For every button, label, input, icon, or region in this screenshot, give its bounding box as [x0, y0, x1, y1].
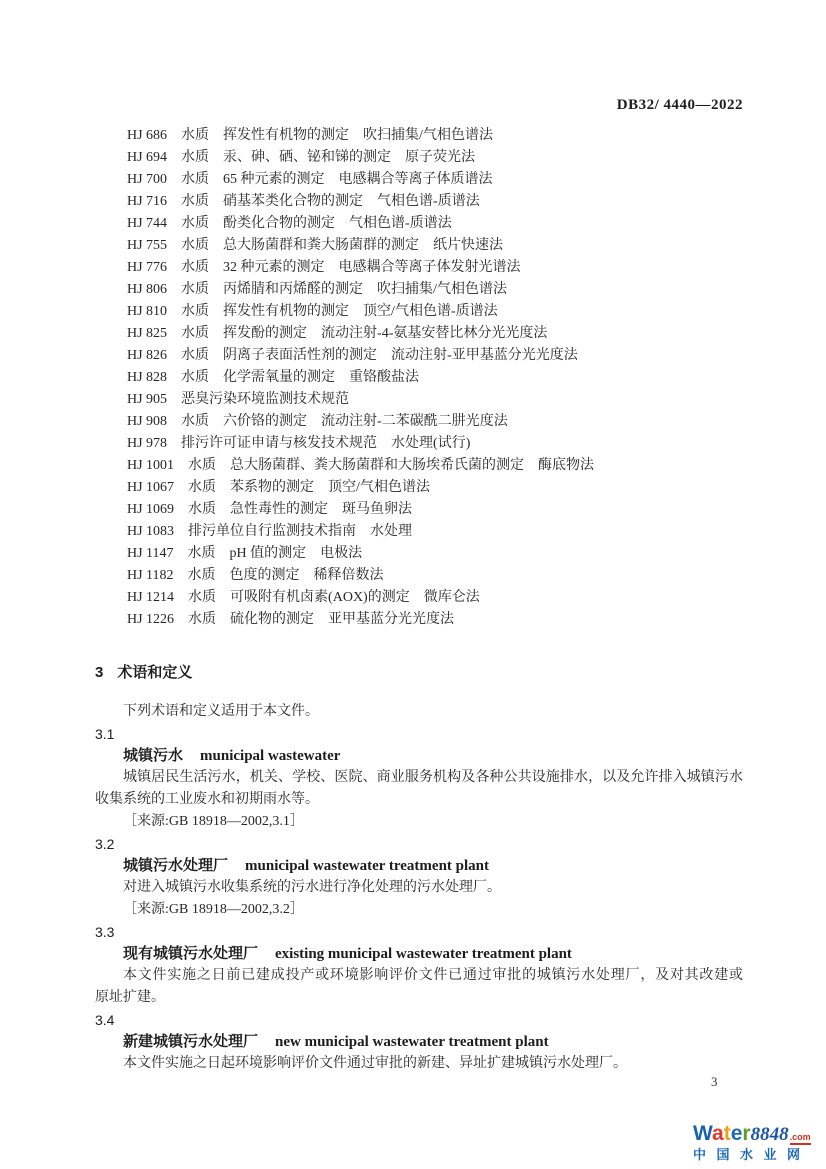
term-en: existing municipal wastewater treatment …	[275, 946, 572, 962]
terms-intro: 下列术语和定义适用于本文件。	[95, 701, 743, 723]
standard-item: HJ 1214 水质 可吸附有机卤素(AOX)的测定 微库仑法	[127, 587, 743, 609]
standard-item: HJ 810 水质 挥发性有机物的测定 顶空/气相色谱-质谱法	[127, 301, 743, 323]
standard-item: HJ 1182 水质 色度的测定 稀释倍数法	[127, 565, 743, 587]
standard-item: HJ 1001 水质 总大肠菌群、粪大肠菌群和大肠埃希氏菌的测定 酶底物法	[127, 455, 743, 477]
standard-item: HJ 905 恶臭污染环境监测技术规范	[127, 389, 743, 411]
term-number: 3.4	[95, 1009, 743, 1031]
term-number: 3.3	[95, 921, 743, 943]
term-zh: 城镇污水	[123, 747, 183, 764]
standard-item: HJ 1083 排污单位自行监测技术指南 水处理	[127, 521, 743, 543]
terms-section: 3.1城镇污水municipal wastewater城镇居民生活污水，机关、学…	[95, 723, 743, 1075]
standard-item: HJ 776 水质 32 种元素的测定 电感耦合等离子体发射光谱法	[127, 257, 743, 279]
term-line: 新建城镇污水处理厂new municipal wastewater treatm…	[123, 1031, 743, 1053]
standard-item: HJ 694 水质 汞、砷、硒、铋和锑的测定 原子荧光法	[127, 147, 743, 169]
standard-item: HJ 1069 水质 急性毒性的测定 斑马鱼卵法	[127, 499, 743, 521]
logo-number: 8848	[751, 1124, 789, 1145]
term-zh: 现有城镇污水处理厂	[123, 945, 258, 962]
definition-line: 本文件实施之日前已建成投产或环境影响评价文件已通过审批的城镇污水处理厂，及对其改…	[95, 965, 743, 987]
term-en: municipal wastewater treatment plant	[245, 858, 489, 874]
term-en: municipal wastewater	[200, 748, 340, 764]
standard-item: HJ 1147 水质 pH 值的测定 电极法	[127, 543, 743, 565]
term-line: 现有城镇污水处理厂existing municipal wastewater t…	[123, 943, 743, 965]
document-page: DB32/ 4440—2022 HJ 686 水质 挥发性有机物的测定 吹扫捕集…	[0, 0, 826, 1169]
source-line: ［来源:GB 18918—2002,3.1］	[123, 811, 743, 833]
standard-item: HJ 1067 水质 苯系物的测定 顶空/气相色谱法	[127, 477, 743, 499]
logo-letter: a	[712, 1122, 724, 1145]
document-body: HJ 686 水质 挥发性有机物的测定 吹扫捕集/气相色谱法HJ 694 水质 …	[95, 125, 743, 1075]
standard-code: DB32/ 4440—2022	[617, 97, 743, 114]
logo-letter: r	[742, 1122, 750, 1145]
term-number: 3.2	[95, 833, 743, 855]
term-zh: 城镇污水处理厂	[123, 857, 228, 874]
page-number: 3	[711, 1074, 718, 1090]
definition-line: 收集系统的工业废水和初期雨水等。	[95, 789, 743, 811]
term-number: 3.1	[95, 723, 743, 745]
standard-item: HJ 700 水质 65 种元素的测定 电感耦合等离子体质谱法	[127, 169, 743, 191]
standard-item: HJ 755 水质 总大肠菌群和粪大肠菌群的测定 纸片快速法	[127, 235, 743, 257]
standard-item: HJ 1226 水质 硫化物的测定 亚甲基蓝分光光度法	[127, 609, 743, 631]
standard-item: HJ 716 水质 硝基苯类化合物的测定 气相色谱-质谱法	[127, 191, 743, 213]
logo-tagline: 中国水业网	[693, 1148, 815, 1161]
term-en: new municipal wastewater treatment plant	[275, 1034, 549, 1050]
standard-item: HJ 828 水质 化学需氧量的测定 重铬酸盐法	[127, 367, 743, 389]
water8848-logo: Water8848.com 中国水业网	[693, 1123, 815, 1161]
term-line: 城镇污水municipal wastewater	[123, 745, 743, 767]
source-line: ［来源:GB 18918—2002,3.2］	[123, 899, 743, 921]
section-heading: 3术语和定义	[95, 662, 743, 684]
logo-letter: t	[724, 1122, 731, 1145]
logo-word-water: Water	[693, 1122, 751, 1145]
standard-item: HJ 686 水质 挥发性有机物的测定 吹扫捕集/气相色谱法	[127, 125, 743, 147]
standard-item: HJ 978 排污许可证申请与核发技术规范 水处理(试行)	[127, 433, 743, 455]
term-line: 城镇污水处理厂municipal wastewater treatment pl…	[123, 855, 743, 877]
logo-letter: W	[693, 1122, 712, 1145]
definition-line: 对进入城镇污水收集系统的污水进行净化处理的污水处理厂。	[95, 877, 743, 899]
definition-line: 城镇居民生活污水，机关、学校、医院、商业服务机构及各种公共设施排水，以及允许排入…	[95, 767, 743, 789]
logo-wordmark: Water8848.com	[693, 1123, 815, 1144]
standard-item: HJ 825 水质 挥发酚的测定 流动注射-4-氨基安替比林分光光度法	[127, 323, 743, 345]
term-zh: 新建城镇污水处理厂	[123, 1033, 258, 1050]
logo-tld: .com	[790, 1132, 811, 1145]
section-number: 3	[95, 664, 103, 681]
standards-list: HJ 686 水质 挥发性有机物的测定 吹扫捕集/气相色谱法HJ 694 水质 …	[127, 125, 743, 631]
standard-item: HJ 826 水质 阴离子表面活性剂的测定 流动注射-亚甲基蓝分光光度法	[127, 345, 743, 367]
standard-item: HJ 806 水质 丙烯腈和丙烯醛的测定 吹扫捕集/气相色谱法	[127, 279, 743, 301]
definition-line: 原址扩建。	[95, 987, 743, 1009]
standard-item: HJ 744 水质 酚类化合物的测定 气相色谱-质谱法	[127, 213, 743, 235]
standard-item: HJ 908 水质 六价铬的测定 流动注射-二苯碳酰二肼光度法	[127, 411, 743, 433]
definition-line: 本文件实施之日起环境影响评价文件通过审批的新建、异址扩建城镇污水处理厂。	[95, 1053, 743, 1075]
logo-letter: e	[731, 1122, 743, 1145]
section-title: 术语和定义	[117, 664, 192, 681]
